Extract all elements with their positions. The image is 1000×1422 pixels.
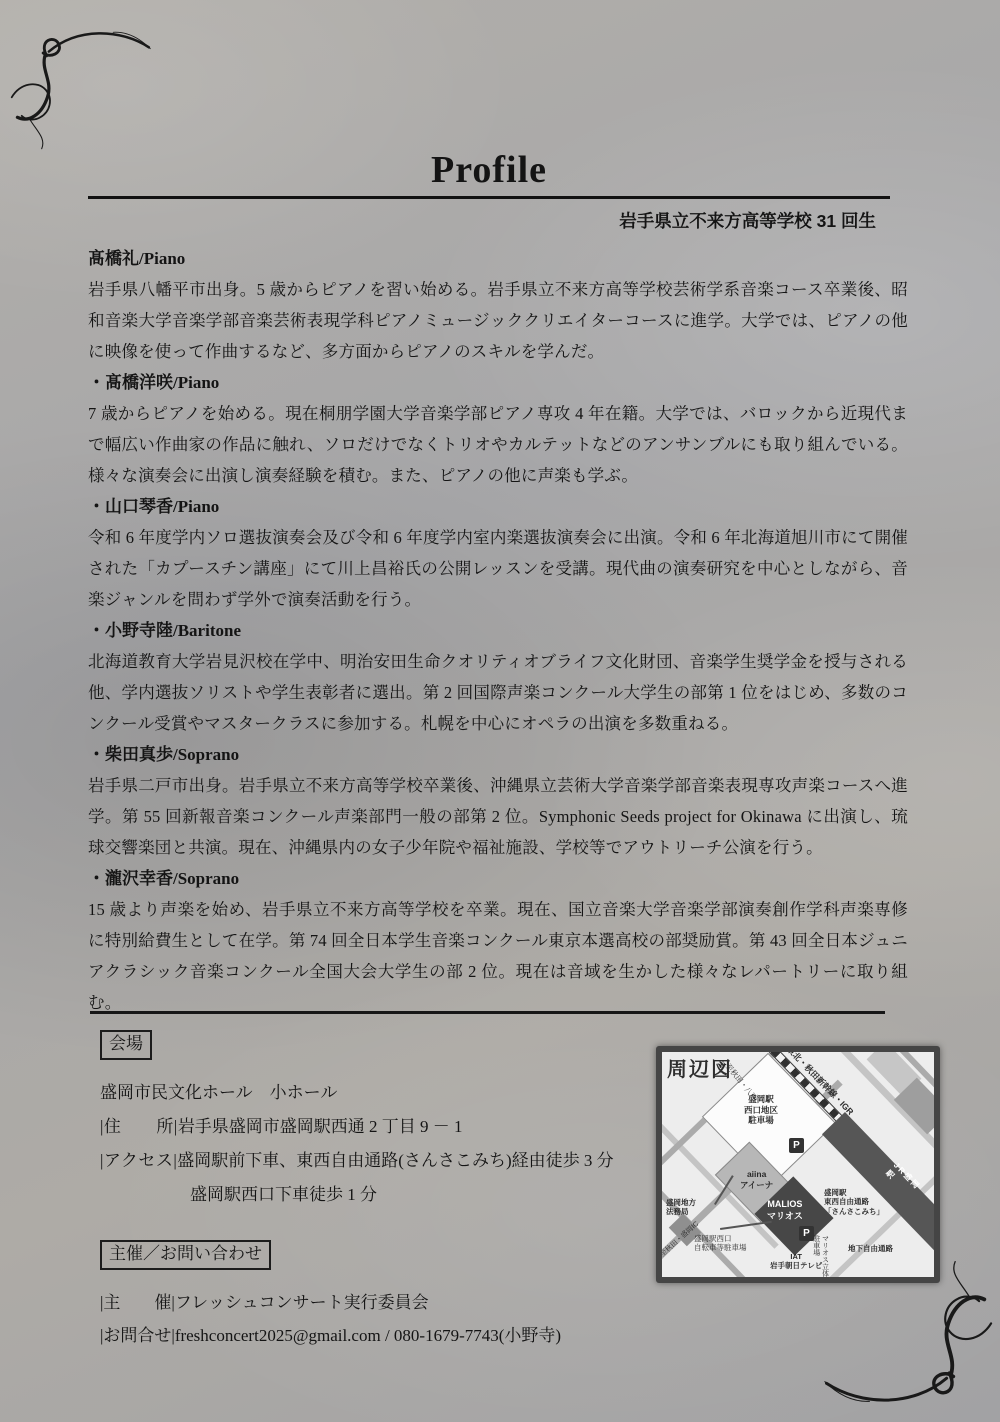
venue-access-line1: 盛岡駅前下車、東西自由通路(さんさこみち)経由徒歩 3 分 (177, 1151, 613, 1170)
organizer-contact-row: |お問合せ|freshconcert2025@gmail.com / 080-1… (100, 1319, 700, 1352)
main-content: Profile 岩手県立不来方高等学校 31 回生 髙橋礼/Piano 岩手県八… (88, 150, 908, 1018)
venue-address-row: |住 所|岩手県盛岡市盛岡駅西通 2 丁目 9 － 1 (100, 1110, 665, 1144)
map-iat-label: IAT 岩手朝日テレビ (770, 1252, 822, 1271)
organizer-host-label: |主 催| (100, 1293, 175, 1312)
profile-entry: 髙橋礼/Piano 岩手県八幡平市出身。5 歳からピアノを習い始める。岩手県立不… (88, 243, 908, 367)
profile-entry: ・柴田真歩/Soprano 岩手県二戸市出身。岩手県立不来方高等学校卒業後、沖縄… (88, 739, 908, 863)
area-map: 東北・秋田新幹線・IGR ←至秋田・八戸 盛岡駅 西口地区 駐車場 P aiin… (656, 1046, 940, 1283)
profile-entry: ・小野寺陸/Baritone 北海道教育大学岩見沢校在学中、明治安田生命クオリテ… (88, 615, 908, 739)
venue-access-label: |アクセス| (100, 1151, 177, 1170)
profile-bio: 令和 6 年度学内ソロ選抜演奏会及び令和 6 年度学内室内楽選抜演奏会に出演。令… (88, 522, 908, 615)
map-west-parking-label: 盛岡駅 西口地区 駐車場 (744, 1094, 778, 1126)
profile-entry: ・山口琴香/Piano 令和 6 年度学内ソロ選抜演奏会及び令和 6 年度学内室… (88, 491, 908, 615)
map-malios-label: MALIOS マリオス (767, 1199, 803, 1222)
profile-name: 髙橋礼/Piano (88, 243, 908, 274)
venue-hall: 盛岡市民文化ホール 小ホール (100, 1076, 665, 1110)
flourish-ornament-icon (6, 20, 156, 156)
organizer-host-row: |主 催|フレッシュコンサート実行委員会 (100, 1286, 700, 1319)
profile-name: ・小野寺陸/Baritone (88, 615, 908, 646)
profile-name: ・瀧沢幸香/Soprano (88, 863, 908, 894)
page-title: Profile (88, 150, 890, 192)
venue-address: 岩手県盛岡市盛岡駅西通 2 丁目 9 － 1 (178, 1117, 463, 1136)
organizer-section: 主催／お問い合わせ |主 催|フレッシュコンサート実行委員会 |お問合せ|fre… (100, 1240, 700, 1352)
profile-bio: 北海道教育大学岩見沢校在学中、明治安田生命クオリティオブライフ文化財団、音楽学生… (88, 646, 908, 739)
area-map-canvas: 東北・秋田新幹線・IGR ←至秋田・八戸 盛岡駅 西口地区 駐車場 P aiin… (662, 1052, 934, 1277)
section-divider (90, 1011, 885, 1014)
profiles-section: 髙橋礼/Piano 岩手県八幡平市出身。5 歳からピアノを習い始める。岩手県立不… (88, 243, 908, 1018)
map-aiina-label: aiina アイーナ (740, 1169, 773, 1190)
map-arrow (720, 1221, 772, 1230)
organizer-contact: freshconcert2025@gmail.com / 080-1679-77… (175, 1326, 561, 1345)
profile-entry: ・髙橋洋咲/Piano 7 歳からピアノを始める。現在桐朋学園大学音楽学部ピアノ… (88, 367, 908, 491)
profile-name: ・柴田真歩/Soprano (88, 739, 908, 770)
map-title: 周辺図 (667, 1053, 733, 1082)
organizer-label: 主催／お問い合わせ (100, 1240, 271, 1270)
map-passage-label: 盛岡駅 東西自由通路 「さんさこみち」 (824, 1188, 884, 1216)
venue-section: 会場 盛岡市民文化ホール 小ホール |住 所|岩手県盛岡市盛岡駅西通 2 丁目 … (100, 1030, 665, 1212)
organizer-host: フレッシュコンサート実行委員会 (175, 1293, 429, 1312)
venue-access-line2: 盛岡駅西口下車徒歩 1 分 (100, 1178, 665, 1212)
profile-entry: ・瀧沢幸香/Soprano 15 歳より声楽を始め、岩手県立不来方高等学校を卒業… (88, 863, 908, 1018)
profile-bio: 岩手県二戸市出身。岩手県立不来方高等学校卒業後、沖縄県立芸術大学音楽学部音楽表現… (88, 770, 908, 863)
organizer-contact-label: |お問合せ| (100, 1326, 175, 1345)
map-bicycle-parking-label: 盛岡駅西口 自転車等駐車場 (694, 1234, 747, 1253)
venue-address-label: |住 所| (100, 1117, 178, 1136)
map-legal-office-label: 盛岡地方 法務局 (666, 1198, 696, 1217)
profile-name: ・山口琴香/Piano (88, 491, 908, 522)
flyer-page: Profile 岩手県立不来方高等学校 31 回生 髙橋礼/Piano 岩手県八… (0, 0, 1000, 1422)
parking-icon: P (789, 1138, 804, 1153)
profile-bio: 7 歳からピアノを始める。現在桐朋学園大学音楽学部ピアノ専攻 4 年在籍。大学で… (88, 398, 908, 491)
school-line: 岩手県立不来方高等学校 31 回生 (88, 208, 876, 233)
organizer-rows: |主 催|フレッシュコンサート実行委員会 |お問合せ|freshconcert2… (100, 1286, 700, 1352)
title-underline: Profile (88, 150, 890, 199)
venue-access-row: |アクセス|盛岡駅前下車、東西自由通路(さんさこみち)経由徒歩 3 分 (100, 1144, 665, 1178)
venue-label: 会場 (100, 1030, 152, 1060)
map-underground-passage-label: 地下自由通路 (848, 1244, 893, 1253)
profile-bio: 岩手県八幡平市出身。5 歳からピアノを習い始める。岩手県立不来方高等学校芸術学系… (88, 274, 908, 367)
profile-name: ・髙橋洋咲/Piano (88, 367, 908, 398)
profile-bio: 15 歳より声楽を始め、岩手県立不来方高等学校を卒業。現在、国立音楽大学音楽学部… (88, 894, 908, 1018)
